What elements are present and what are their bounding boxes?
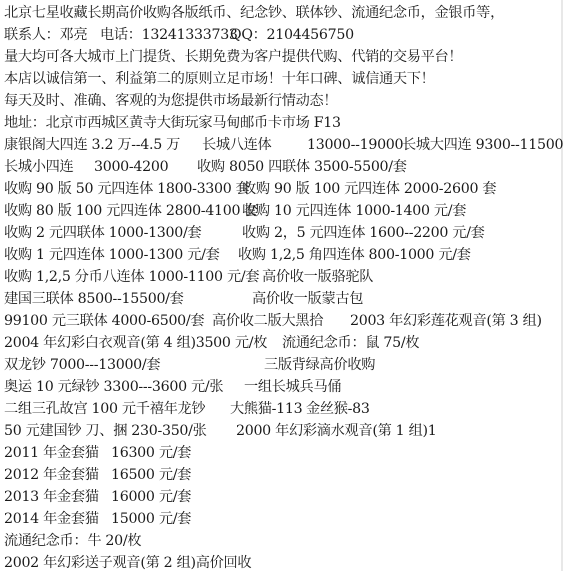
listing-item: 二组三孔故宫 100 元千禧年龙钞 [4,398,205,420]
listing-item: 收购 2，5 元四连体 1600--2200 元/套 [242,222,485,244]
listing-item: 建国三联体 8500--15500/套 [4,288,184,310]
listing-item: 长城大四连 9300--11500 [402,134,563,156]
listing-item: 2000 年幻彩滴水观音(第 1 组)1 [236,420,436,442]
listing-item: 一组长城兵马俑 [244,376,341,398]
slogan-text: 本店以诚信第一、利益第二的原则立足市场！十年口碑、诚信通天下！ [4,68,435,90]
listing-item: 流通纪念币：鼠 75/枚 [282,332,419,354]
listing-item: 2013 年金套猫 [4,486,99,508]
listing-item: 收购 1,2,5 角四连体 800-1000 元/套 [238,244,471,266]
listing-item: 金丝猴-83 [306,398,370,420]
listing-item: 双龙钞 7000---13000/套 [4,354,160,376]
listing-item: 高价收二版大黑拾 [212,310,323,332]
listing-item: 2003 年幻彩莲花观音(第 3 组) [350,310,542,332]
contact-name: 联系人：邓亮 [4,24,87,46]
listing-price: 15000 元/套 [111,508,191,530]
listing-price: 13000--19000 [307,134,403,156]
intro-text: 北京七星收藏长期高价收购各版纸币、纪念钞、联体钞、流通纪念币，金银币等， [4,2,504,24]
listing-item: 长城八连体 [202,134,271,156]
listing-price: 16000 元/套 [111,486,191,508]
slogan-text: 每天及时、准确、客观的为您提供市场最新行情动态！ [4,90,337,112]
listing-item: 50 元建国钞 刀、捆 230-350/张 [4,420,207,442]
listing-item: 收购 90 版 100 元四连体 2000-2600 套 [242,178,496,200]
listing-item: 长城小四连 [4,156,73,178]
listing-price: 16300 元/套 [111,442,191,464]
listing-item: 收购 1,2,5 分币八连体 1000-1100 元/套 [4,266,259,288]
listing-item: 2012 年金套猫 [4,464,99,486]
listing-item: 2011 年金套猫 [4,442,99,464]
slogan-text: 量大均可各大城市上门提货、长期免费为客户提供代购、代销的交易平台！ [4,46,462,68]
listing-item: 收购 90 版 50 元四连体 1800-3300 套 [4,178,250,200]
listing-item: 收购 80 版 100 元四连体 2800-4100 套 [4,200,258,222]
listing-item: 收购 1 元四连体 1000-1300 元/套 [4,244,219,266]
listing-item: 收购 8050 四联体 3500-5500/套 [197,156,407,178]
listing-item: 高价收一版骆驼队 [262,266,373,288]
listing-item: 2004 年幻彩白衣观音(第 4 组)3500 元/枚 [4,332,267,354]
listing-item: 奥运 10 元绿钞 3300---3600 元/张 [4,376,223,398]
listing-item: 2002 年幻彩送子观音(第 2 组)高价回收 [4,552,251,571]
listing-item: 流通纪念币：牛 20/枚 [4,530,141,552]
listing-price: 16500 元/套 [111,464,191,486]
listing-item: 收购 10 元四连体 1000-1400 元/套 [242,200,466,222]
address-text: 地址：北京市西城区黄寺大街玩家马甸邮币卡市场 F13 [4,112,341,134]
listing-item: 收购 2 元四联体 1000-1300/套 [4,222,201,244]
listing-item: 99100 元三联体 4000-6500/套 [4,310,204,332]
listing-item: 2014 年金套猫 [4,508,99,530]
listing-item: 三版背绿高价收购 [264,354,375,376]
qq-number: QQ：2104456750 [230,24,354,46]
price-list-document: 北京七星收藏长期高价收购各版纸币、纪念钞、联体钞、流通纪念币，金银币等， 联系人… [0,0,563,571]
phone-number: 电话：13241333733 [100,24,238,46]
listing-item: 大熊猫-113 [230,398,302,420]
listing-item: 高价收一版蒙古包 [252,288,363,310]
listing-item: 康银阁大四连 3.2 万--4.5 万 [4,134,180,156]
listing-price: 3000-4200 [94,156,168,178]
